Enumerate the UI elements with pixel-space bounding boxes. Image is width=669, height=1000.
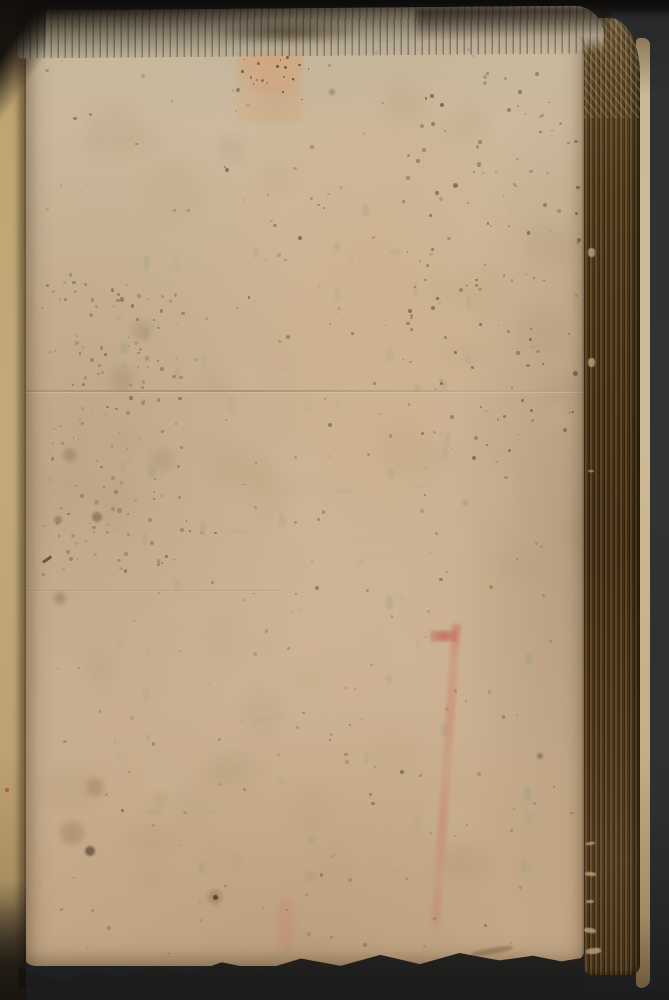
foxing-spot	[429, 552, 431, 554]
foxing-spot	[89, 313, 93, 317]
foxing-spot	[137, 352, 140, 355]
foxing-spot	[436, 195, 438, 197]
foxing-spot	[439, 303, 441, 305]
foxing-spot	[439, 515, 440, 516]
foxing-spot	[510, 829, 513, 832]
foxing-spot	[167, 799, 168, 800]
foxing-spot	[67, 513, 70, 516]
foxing-spot	[178, 397, 182, 401]
foxing-spot	[502, 715, 506, 719]
foxing-spot	[168, 953, 170, 955]
foxing-spot	[127, 533, 131, 537]
manuscript-scan	[0, 0, 669, 1000]
foxing-spot	[280, 59, 281, 60]
foxing-spot	[189, 530, 191, 532]
foxing-spot	[133, 620, 135, 622]
foxing-spot	[128, 345, 129, 346]
foxing-spot	[366, 589, 369, 592]
foxing-spot	[543, 280, 544, 281]
foxing-spot	[232, 89, 235, 92]
foxing-spot	[161, 473, 162, 474]
foxing-spot	[266, 82, 269, 85]
foxing-spot	[160, 367, 164, 371]
foxing-spot	[427, 610, 430, 613]
foxing-spot	[115, 528, 117, 530]
foxing-spot	[516, 714, 518, 716]
foxing-spot	[150, 541, 154, 545]
foxing-spot	[131, 304, 135, 308]
foxing-spot	[293, 881, 295, 883]
foxing-spot	[546, 172, 549, 175]
foxing-spot	[128, 771, 130, 773]
foxing-spot	[211, 581, 214, 584]
foxing-spot	[180, 845, 182, 847]
foxing-spot	[78, 667, 80, 669]
foxing-spot	[115, 408, 118, 411]
foxing-spot	[61, 60, 63, 62]
foxing-spot	[495, 461, 497, 463]
foxing-spot	[425, 636, 427, 638]
foxing-spot	[91, 909, 94, 912]
foxing-spot	[165, 555, 168, 558]
foxing-spot	[328, 64, 331, 67]
foxing-spot	[465, 700, 467, 702]
foxing-spot	[430, 68, 432, 70]
foxing-spot	[107, 926, 111, 930]
foxing-spot	[179, 650, 181, 652]
foxing-spot	[433, 431, 436, 434]
foxing-spot	[508, 449, 511, 452]
foxing-spot	[535, 542, 538, 545]
foxing-spot	[480, 406, 482, 408]
foxing-spot	[439, 578, 442, 581]
foxing-spot	[46, 208, 49, 211]
foxing-spot	[134, 499, 138, 503]
foxing-spot	[119, 567, 122, 570]
foxing-spot	[72, 281, 76, 285]
foxing-spot	[540, 545, 543, 548]
foxing-spot	[444, 336, 448, 340]
foxing-spot	[478, 140, 482, 144]
foxing-spot	[224, 166, 226, 168]
foxing-spot	[153, 498, 155, 500]
foxing-spot	[129, 396, 132, 399]
foxing-spot	[243, 788, 245, 790]
foxing-spot	[474, 294, 475, 295]
foxing-spot	[435, 191, 438, 194]
foxing-spot	[153, 319, 156, 322]
foxing-spot	[267, 194, 269, 196]
foxing-spot	[139, 437, 141, 439]
foxing-spot	[79, 419, 81, 421]
foxing-spot	[235, 110, 237, 112]
foxing-spot	[478, 288, 482, 292]
foxing-spot	[141, 401, 145, 405]
foxing-spot	[64, 298, 67, 301]
foxing-spot	[243, 199, 246, 202]
foxing-spot	[142, 380, 145, 383]
foxing-spot	[571, 411, 574, 414]
foxing-spot	[542, 594, 545, 597]
foxing-spot	[98, 364, 101, 367]
foxing-spot	[293, 902, 295, 904]
foxing-spot	[187, 209, 190, 212]
foxing-spot	[169, 299, 172, 302]
foxing-spot	[180, 528, 184, 532]
foxing-spot	[36, 171, 38, 173]
foxing-spot	[261, 79, 264, 82]
foxing-spot	[82, 346, 84, 348]
foxing-spot	[337, 312, 339, 314]
foxing-spot	[433, 917, 436, 920]
foxing-spot	[525, 274, 527, 276]
foxing-spot	[391, 615, 394, 618]
foxing-spot	[504, 476, 508, 480]
foxing-spot	[134, 341, 138, 345]
foxing-spot	[111, 507, 115, 511]
foxing-spot	[307, 932, 311, 936]
foxing-spot	[310, 197, 313, 200]
foxing-spot	[94, 500, 98, 504]
foxing-spot	[526, 364, 530, 368]
foxing-spot	[157, 360, 159, 362]
foxing-spot	[61, 442, 64, 445]
foxing-spot	[484, 924, 487, 927]
foxing-spot	[423, 945, 426, 948]
foxing-spot	[184, 358, 186, 360]
foxing-spot	[516, 558, 518, 560]
foxing-spot	[270, 220, 272, 222]
foxing-spot	[152, 824, 155, 827]
foxing-spot	[71, 534, 75, 538]
foxing-spot	[247, 245, 248, 246]
foxing-spot	[107, 524, 109, 526]
foxing-spot	[503, 415, 506, 418]
foxing-spot	[73, 877, 75, 879]
foxing-spot	[277, 753, 280, 756]
foxing-spot	[296, 726, 299, 729]
foxing-spot	[69, 396, 71, 398]
foxing-spot	[439, 197, 443, 201]
foxing-spot	[84, 283, 87, 286]
foxing-spot	[141, 74, 145, 78]
foxing-spot	[379, 413, 381, 415]
foxing-spot	[517, 105, 519, 107]
foxing-spot	[284, 259, 286, 261]
foxing-spot	[311, 560, 313, 562]
foxing-spot	[349, 724, 351, 726]
foxing-spot	[525, 113, 527, 115]
book-page	[22, 30, 586, 966]
foxing-spot	[179, 376, 182, 379]
foxing-spot	[335, 854, 337, 856]
foxing-spot	[93, 531, 95, 533]
foxing-spot	[298, 555, 300, 557]
foxing-spot	[154, 478, 156, 480]
foxing-spot	[407, 154, 410, 157]
foxing-spot	[57, 668, 59, 670]
foxing-spot	[330, 936, 333, 939]
foxing-spot	[482, 172, 483, 173]
foxing-spot	[60, 507, 63, 510]
foxing-spot	[246, 104, 249, 107]
foxing-spot	[559, 122, 562, 125]
foxing-spot	[302, 712, 304, 714]
foxing-spot	[62, 568, 65, 571]
foxing-spot	[46, 284, 49, 287]
foxing-spot	[243, 484, 245, 486]
head-edge-smear	[211, 20, 361, 45]
foxing-spot	[503, 274, 506, 277]
foxing-spot	[374, 766, 376, 768]
foxing-spot	[208, 683, 210, 685]
foxing-spot	[265, 259, 267, 261]
foxing-spot	[92, 414, 93, 415]
foxing-spot	[575, 212, 578, 215]
foxing-spot	[137, 366, 140, 369]
foxing-spot	[95, 305, 98, 308]
foxing-spot	[249, 425, 250, 426]
foxing-spot	[318, 286, 320, 288]
foxing-spot	[58, 535, 61, 538]
foxing-spot	[157, 327, 160, 330]
foxing-spot	[152, 742, 155, 745]
foxing-spot	[159, 508, 161, 510]
foxing-spot	[287, 647, 290, 650]
foxing-spot	[49, 351, 51, 353]
foxing-spot	[475, 279, 477, 281]
foxing-spot	[69, 557, 73, 561]
foxing-spot	[224, 885, 226, 887]
foxing-spot	[294, 456, 297, 459]
underlying-page-edge	[0, 0, 26, 1000]
foxing-spot	[111, 288, 114, 291]
foxing-spot	[126, 411, 130, 415]
foxing-spot	[529, 170, 532, 173]
foxing-spot	[101, 371, 104, 374]
foxing-spot	[533, 802, 536, 805]
foxing-spot	[424, 494, 426, 496]
foxing-spot	[75, 542, 78, 545]
foxing-spot	[73, 117, 77, 121]
foxing-spot	[531, 419, 534, 422]
foxing-spot	[488, 690, 492, 694]
foxing-spot	[130, 716, 134, 720]
foxing-spot	[92, 526, 96, 530]
foxing-spot	[284, 66, 287, 69]
foxing-spot	[486, 72, 489, 75]
foxing-spot	[130, 458, 131, 459]
foxing-spot	[557, 209, 561, 213]
fore-edge	[584, 18, 640, 975]
foxing-spot	[507, 108, 511, 112]
foxing-spot	[79, 429, 80, 430]
foxing-spot	[340, 186, 343, 189]
foxing-spot	[244, 59, 245, 60]
foxing-spot	[503, 195, 505, 197]
foxing-spot	[322, 510, 326, 514]
foxing-spot	[158, 592, 160, 594]
foxing-spot	[429, 214, 432, 217]
foxing-spot	[406, 878, 408, 880]
foxing-spot	[549, 640, 552, 643]
foxing-spot	[529, 338, 532, 341]
foxing-spot	[205, 317, 208, 320]
foxing-spot	[75, 485, 78, 488]
foxing-spot	[367, 453, 370, 456]
foxing-spot	[420, 124, 424, 128]
foxing-spot	[533, 277, 536, 280]
foxing-spot	[535, 72, 539, 76]
foxing-spot	[283, 76, 286, 79]
foxing-spot	[504, 77, 507, 80]
foxing-spot	[408, 309, 411, 312]
foxing-spot	[474, 436, 478, 440]
foxing-spot	[128, 337, 130, 339]
foxing-spot	[177, 465, 179, 467]
foxing-spot	[161, 562, 163, 564]
foxing-spot	[262, 906, 265, 909]
foxing-spot	[174, 293, 178, 297]
foxing-spot	[85, 540, 87, 542]
foxing-spot	[286, 909, 288, 911]
foxing-spot	[255, 462, 257, 464]
foxing-spot	[103, 486, 106, 489]
foxing-spot	[473, 171, 475, 173]
foxing-spot	[266, 372, 267, 373]
foxing-spot	[137, 294, 140, 297]
foxing-spot	[551, 130, 552, 131]
foxing-spot	[576, 186, 580, 190]
foxing-spot	[338, 307, 340, 309]
foxing-spot	[497, 418, 500, 421]
foxing-spot	[416, 159, 420, 163]
foxing-spot	[402, 359, 404, 361]
foxing-spot	[431, 306, 435, 310]
foxing-spot	[129, 384, 131, 386]
foxing-spot	[282, 91, 284, 93]
foxing-spot	[294, 521, 297, 524]
foxing-spot	[157, 398, 161, 402]
foxing-spot	[293, 167, 297, 171]
foxing-spot	[518, 434, 520, 436]
foxing-spot	[117, 559, 121, 563]
foxing-spot	[330, 733, 333, 736]
foxing-spot	[250, 76, 253, 79]
foxing-spot	[119, 432, 121, 434]
fore-edge-fray	[588, 358, 595, 367]
foxing-spot	[52, 442, 54, 444]
foxing-spot	[452, 448, 453, 449]
foxing-spot	[323, 207, 325, 209]
foxing-spot	[295, 593, 297, 595]
foxing-spot	[218, 783, 221, 786]
foxing-spot	[200, 531, 203, 534]
foxing-spot	[54, 542, 55, 543]
foxing-spot	[172, 855, 173, 856]
foxing-spot	[114, 741, 116, 743]
foxing-spot	[351, 258, 353, 260]
foxing-spot	[472, 456, 476, 460]
foxing-spot	[541, 114, 544, 117]
foxing-spot	[516, 158, 519, 161]
foxing-spot	[91, 298, 95, 302]
foxing-spot	[510, 942, 512, 944]
foxing-spot	[431, 122, 435, 126]
foxing-spot	[254, 506, 257, 509]
foxing-spot	[277, 253, 281, 257]
foxing-spot	[361, 718, 363, 720]
foxing-spot	[400, 770, 404, 774]
foxing-spot	[89, 113, 92, 116]
foxing-spot	[454, 351, 457, 354]
foxing-spot	[422, 148, 425, 151]
foxing-spot	[429, 832, 432, 835]
foxing-spot	[75, 341, 79, 345]
foxing-spot	[173, 209, 176, 212]
foxing-spot	[489, 585, 493, 589]
foxing-spot	[511, 279, 514, 282]
foxing-spot	[308, 68, 310, 70]
foxing-spot	[63, 740, 67, 744]
foxing-spot	[372, 236, 375, 239]
foxing-spot	[475, 284, 478, 287]
foxing-spot	[117, 293, 120, 296]
foxing-spot	[124, 569, 127, 572]
foxing-spot	[483, 81, 487, 85]
foxing-spot	[69, 273, 73, 277]
foxing-spot	[445, 707, 449, 711]
foxing-spot	[278, 340, 281, 343]
foxing-spot	[329, 739, 331, 741]
foxing-spot	[548, 102, 550, 104]
foxing-spot	[508, 225, 510, 227]
foxing-spot	[440, 382, 443, 385]
foxing-spot	[63, 281, 66, 284]
foxing-spot	[111, 476, 115, 480]
foxing-spot	[420, 509, 424, 513]
foxing-spot	[511, 386, 514, 389]
foxing-layer	[22, 30, 586, 966]
fore-edge-fray	[588, 248, 595, 257]
head-edge-dark-streak	[416, 7, 611, 41]
foxing-spot	[484, 264, 486, 266]
foxing-spot	[310, 145, 314, 149]
foxing-spot	[153, 491, 155, 493]
foxing-spot	[214, 532, 216, 534]
foxing-spot	[78, 438, 80, 440]
foxing-spot	[577, 242, 579, 244]
foxing-spot	[42, 307, 43, 308]
foxing-spot	[414, 286, 416, 288]
foxing-spot	[550, 230, 552, 232]
foxing-spot	[141, 386, 144, 389]
foxing-spot	[82, 383, 85, 386]
foxing-spot	[320, 873, 324, 877]
foxing-spot	[370, 664, 373, 667]
foxing-spot	[148, 518, 152, 522]
foxing-spot	[113, 305, 115, 307]
foxing-spot	[406, 322, 409, 325]
foxing-spot	[408, 403, 411, 406]
foxing-spot	[147, 298, 149, 300]
foxing-spot	[511, 214, 513, 216]
foxing-spot	[382, 102, 385, 105]
foxing-spot	[126, 284, 128, 286]
corner-shadow	[0, 0, 46, 132]
red-paint-fleck	[5, 788, 9, 792]
foxing-spot	[60, 184, 63, 187]
